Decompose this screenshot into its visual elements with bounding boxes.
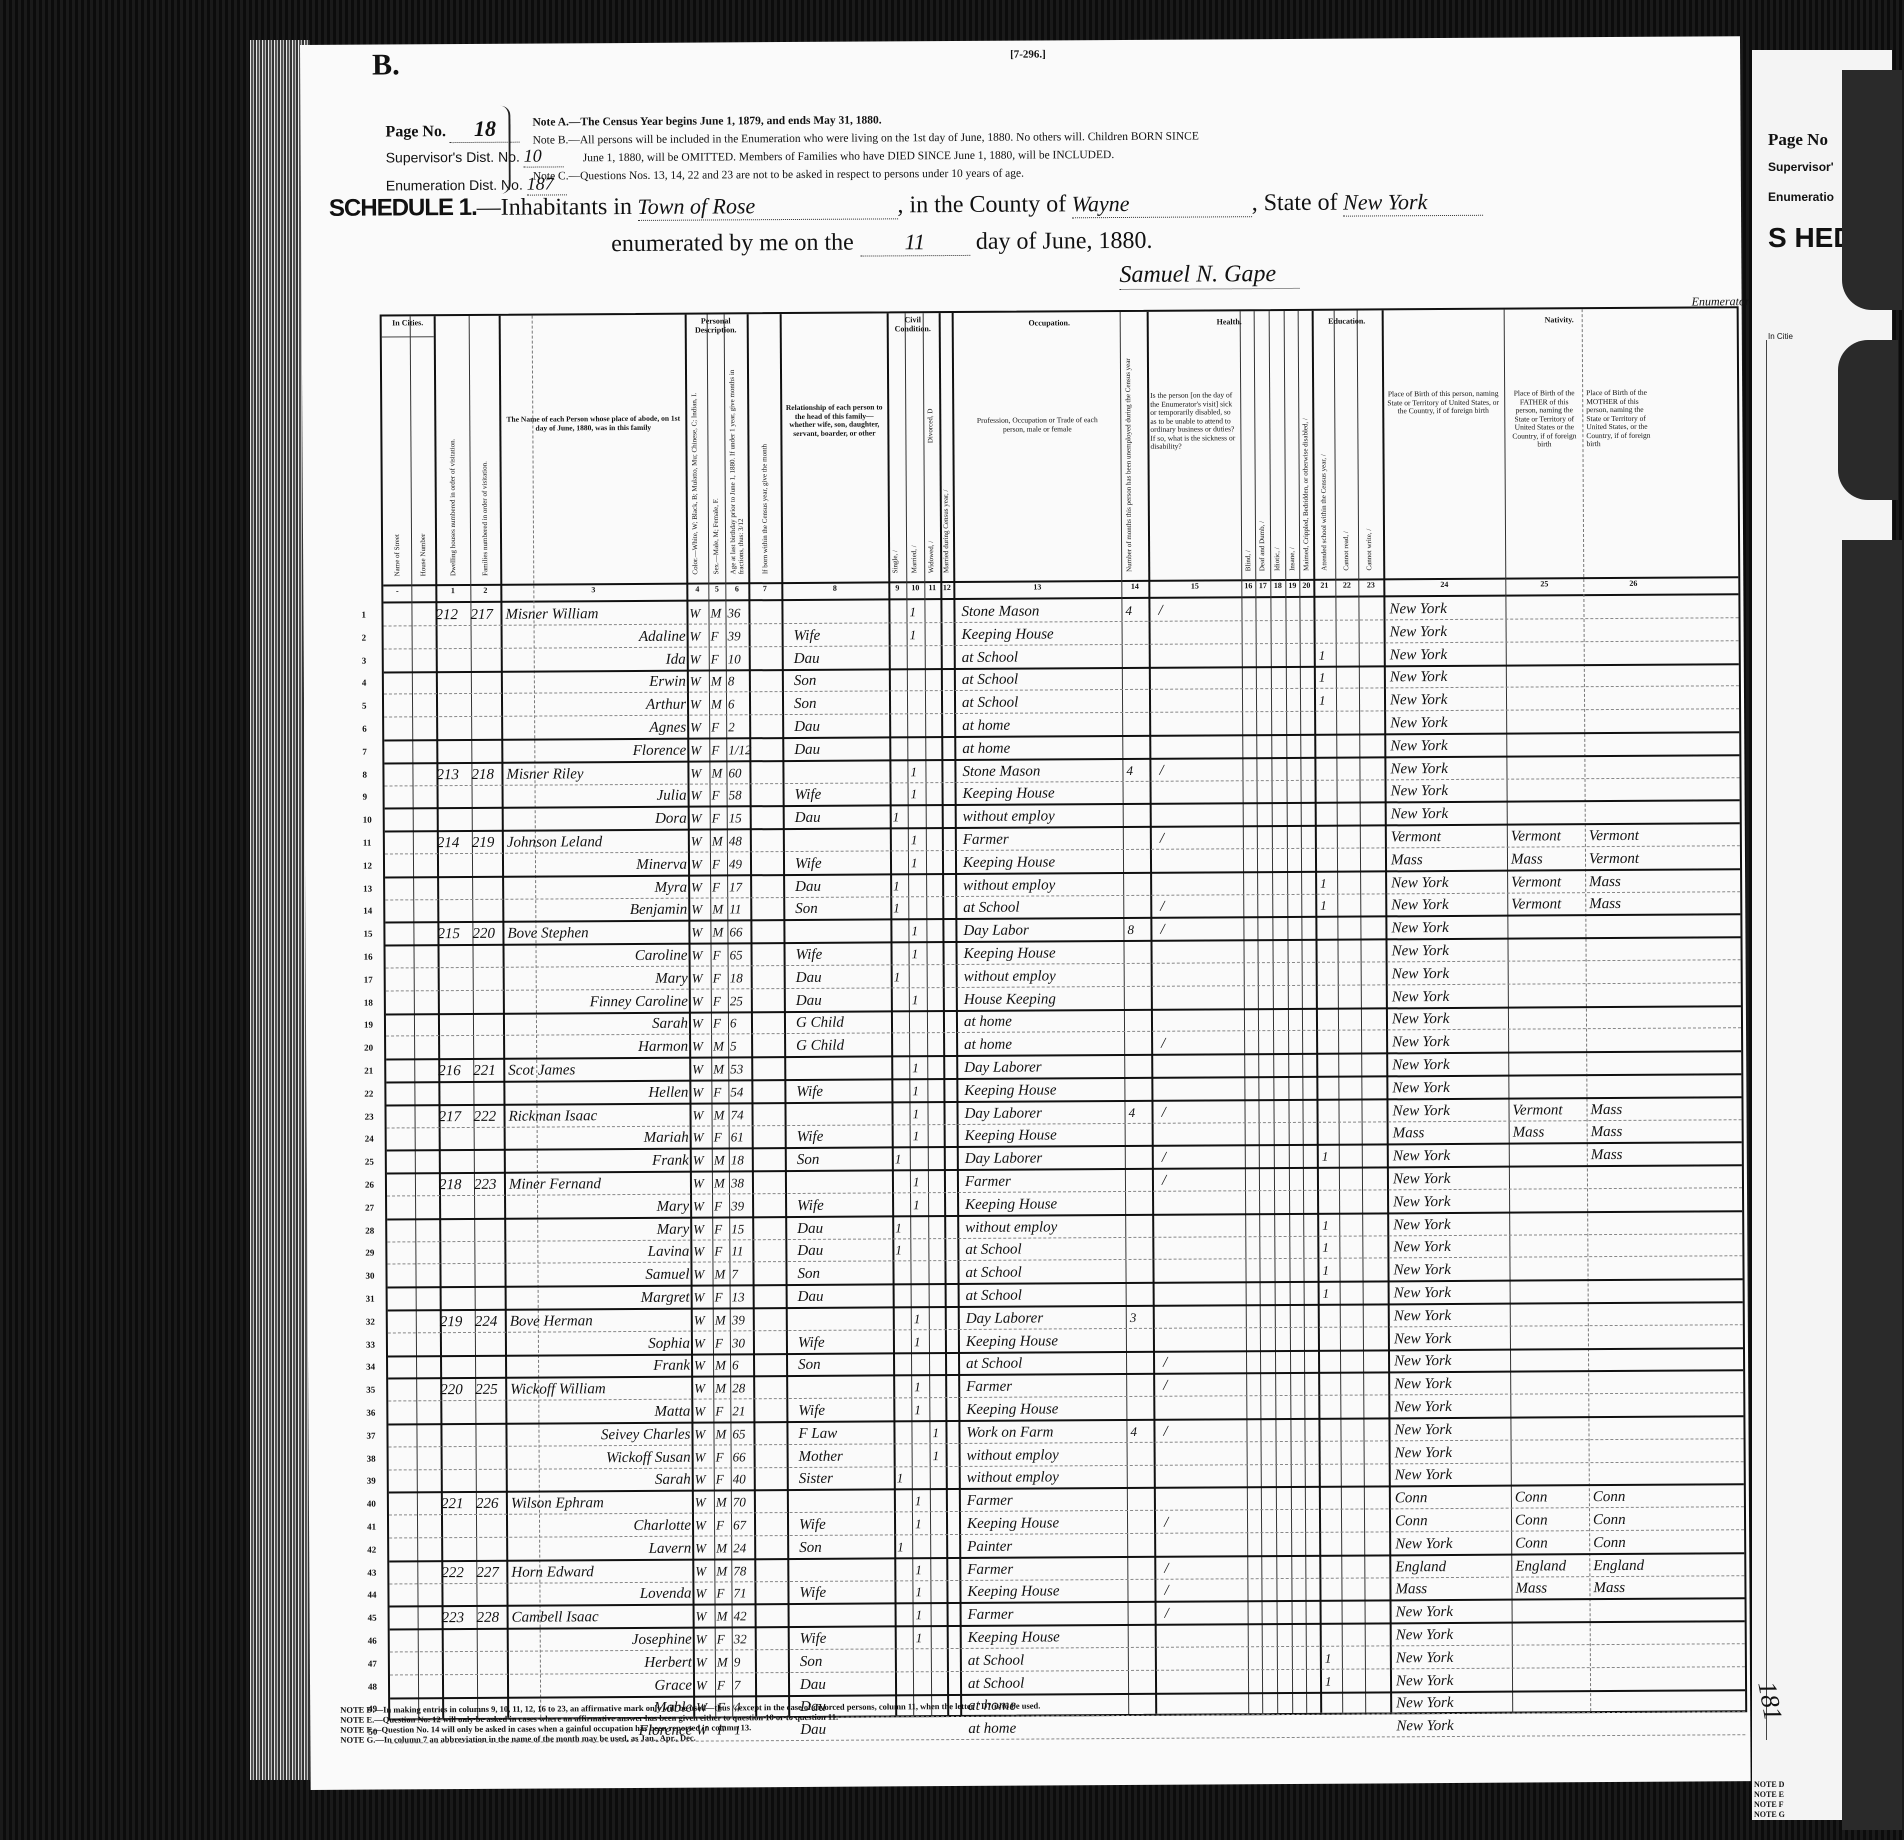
header-name: The Name of each Person whose place of a…	[504, 415, 682, 433]
row-number: 16	[364, 952, 373, 962]
age: 6	[728, 692, 750, 715]
sick-mark	[1165, 1624, 1225, 1647]
age: 15	[729, 806, 751, 829]
widowed-mark	[931, 1147, 945, 1170]
person-name: Wickoff Susan	[511, 1445, 691, 1469]
single-mark	[895, 1170, 909, 1193]
colnum: 15	[1148, 581, 1241, 591]
father-birthplace	[1513, 1235, 1587, 1258]
birthplace: New York	[1393, 1189, 1507, 1212]
occupation: Day Labor	[963, 918, 1121, 942]
school-mark	[1319, 712, 1335, 735]
married-mark: 1	[914, 1307, 928, 1330]
months-unemployed	[1131, 1488, 1151, 1511]
family-number: 219	[472, 831, 502, 854]
age: 40	[733, 1468, 755, 1491]
mother-birthplace	[1588, 687, 1678, 710]
father-birthplace	[1511, 779, 1585, 802]
mother-birthplace	[1592, 1325, 1682, 1348]
father-birthplace	[1514, 1280, 1588, 1303]
birthplace: New York	[1394, 1281, 1508, 1304]
months-unemployed	[1127, 804, 1147, 827]
relationship	[796, 1102, 888, 1125]
dwelling-number: 220	[440, 1378, 475, 1401]
single-mark	[896, 1284, 910, 1307]
person-name: Wilson Ephram	[511, 1491, 691, 1515]
row-number: 35	[366, 1385, 375, 1395]
person-name: Misner Riley	[506, 761, 686, 785]
mother-birthplace	[1591, 1211, 1681, 1234]
person-name: Bove Stephen	[507, 921, 687, 945]
dwelling-number	[442, 1652, 477, 1675]
row-number: 2	[362, 632, 367, 642]
occupation: Keeping House	[964, 1078, 1122, 1102]
color: W	[690, 716, 708, 739]
occupation: Keeping House	[965, 1192, 1123, 1216]
sex: M	[712, 898, 727, 921]
sick-mark: /	[1164, 1510, 1224, 1533]
sick-mark	[1160, 872, 1220, 895]
dwelling-number	[441, 1583, 476, 1606]
father-birthplace	[1510, 619, 1584, 642]
widowed-mark	[928, 668, 942, 691]
color: W	[694, 1286, 712, 1309]
family-number	[472, 876, 502, 899]
person-name: Agnes	[506, 716, 686, 740]
row-number: 41	[367, 1522, 376, 1532]
color: W	[692, 1080, 710, 1103]
group-health: Health.	[1147, 317, 1312, 327]
months-unemployed	[1128, 1078, 1148, 1101]
relationship: Dau	[795, 874, 887, 897]
relationship: F Law	[798, 1421, 890, 1444]
header-single: Single, /	[891, 550, 899, 573]
sex: M	[716, 1559, 731, 1582]
widowed-mark	[929, 919, 943, 942]
occupation: Day Laborer	[965, 1146, 1123, 1170]
father-birthplace	[1510, 756, 1584, 779]
row-number: 8	[362, 769, 367, 779]
widowed-mark	[932, 1284, 946, 1307]
birthplace: New York	[1390, 688, 1504, 711]
single-mark	[892, 623, 906, 646]
sex: M	[715, 1422, 730, 1445]
family-number	[477, 1674, 507, 1697]
family-number	[476, 1515, 506, 1538]
married-mark	[910, 691, 924, 714]
months-unemployed	[1129, 1260, 1149, 1283]
months-unemployed	[1130, 1328, 1150, 1351]
married-mark	[914, 1284, 928, 1307]
person-name: Hellen	[508, 1080, 688, 1104]
months-unemployed: 3	[1130, 1306, 1150, 1329]
widowed-mark	[930, 1010, 944, 1033]
single-mark	[894, 1079, 908, 1102]
birthplace: New York	[1394, 1395, 1508, 1418]
colnum: 18	[1270, 581, 1285, 590]
age: 42	[734, 1604, 756, 1627]
color: W	[695, 1514, 713, 1537]
sex: F	[716, 1513, 731, 1536]
birthplace: New York	[1396, 1623, 1510, 1646]
relationship: Dau	[800, 1672, 892, 1695]
dwelling-number: 216	[438, 1059, 473, 1082]
mother-birthplace	[1592, 1416, 1682, 1439]
widowed-mark	[931, 1124, 945, 1147]
birthplace: New York	[1391, 893, 1505, 916]
mother-birthplace: Vermont	[1589, 846, 1679, 869]
school-mark	[1324, 1578, 1340, 1601]
relationship	[799, 1558, 891, 1581]
months-unemployed	[1131, 1442, 1151, 1465]
family-number: 225	[475, 1378, 505, 1401]
birthplace: New York	[1393, 1235, 1507, 1258]
married-mark	[914, 1353, 928, 1376]
birthplace: New York	[1390, 711, 1504, 734]
father-birthplace	[1513, 1166, 1587, 1189]
widowed-mark	[929, 782, 943, 805]
sick-mark	[1159, 644, 1219, 667]
widowed-mark	[930, 965, 944, 988]
birthplace: New York	[1392, 1075, 1506, 1098]
school-mark	[1321, 985, 1337, 1008]
school-mark	[1321, 1076, 1337, 1099]
person-name: Grace	[512, 1673, 692, 1697]
dwelling-number	[437, 899, 472, 922]
header-dwelling: Dwelling houses numbered in order of vis…	[448, 439, 457, 576]
dwelling-number	[440, 1333, 475, 1356]
father-birthplace: England	[1515, 1554, 1589, 1577]
months-unemployed	[1127, 895, 1147, 918]
row-number: 27	[365, 1202, 374, 1212]
row-number: 44	[367, 1590, 376, 1600]
father-birthplace	[1512, 1075, 1586, 1098]
family-number: 221	[473, 1059, 503, 1082]
family-number: 228	[477, 1606, 507, 1629]
father-birthplace: Vermont	[1512, 1098, 1586, 1121]
person-name: Julia	[507, 784, 687, 808]
adjacent-page-no-label: Page No	[1768, 130, 1828, 150]
header-sex: Sex.—Male, M; Female, F.	[712, 498, 720, 574]
sex: F	[715, 1399, 730, 1422]
colnum: 2	[470, 586, 500, 595]
header-blind: Blind, /	[1244, 550, 1252, 571]
relationship: Son	[797, 1148, 889, 1171]
family-number	[475, 1287, 505, 1310]
sheet-letter: B.	[372, 48, 400, 82]
mother-birthplace	[1594, 1667, 1684, 1690]
dwelling-number	[438, 991, 473, 1014]
person-name: Frank	[510, 1354, 690, 1378]
age: 36	[727, 601, 749, 624]
adjacent-enumeration-label: Enumeratio	[1768, 190, 1834, 204]
married-mark	[910, 714, 924, 737]
single-mark	[898, 1626, 912, 1649]
adjacent-note: NOTE D	[1754, 1780, 1785, 1790]
relationship	[798, 1376, 890, 1399]
school-mark: 1	[1322, 1259, 1338, 1282]
color: W	[691, 921, 709, 944]
header-deaf: Deaf and Dumb, /	[1258, 521, 1266, 571]
relationship	[797, 1170, 889, 1193]
single-mark	[896, 1421, 910, 1444]
row-number: 25	[365, 1157, 374, 1167]
color: W	[695, 1491, 713, 1514]
relationship: Dau	[798, 1284, 890, 1307]
single-mark	[895, 1193, 909, 1216]
married-mark: 1	[912, 1056, 926, 1079]
sick-mark: /	[1161, 1032, 1221, 1055]
mother-birthplace	[1588, 710, 1678, 733]
relationship	[793, 600, 885, 623]
age: 67	[733, 1513, 755, 1536]
row-number: 19	[364, 1020, 373, 1030]
header-birthplace: Place of Birth of this person, naming St…	[1386, 390, 1500, 416]
color: W	[690, 761, 708, 784]
school-mark	[1324, 1510, 1340, 1533]
family-number	[472, 785, 502, 808]
sick-mark: /	[1164, 1556, 1224, 1579]
single-mark	[891, 600, 905, 623]
dwelling-number	[438, 968, 473, 991]
relationship: G Child	[796, 1034, 888, 1057]
dwelling-number	[442, 1675, 477, 1698]
row-number: 42	[367, 1544, 376, 1554]
relationship: Wife	[795, 942, 887, 965]
colnum: 23	[1358, 580, 1383, 589]
single-mark	[894, 1102, 908, 1125]
color: W	[692, 1058, 710, 1081]
header-married-year: Married during Census year, /	[942, 490, 951, 574]
occupation: House Keeping	[964, 987, 1122, 1011]
father-birthplace: Mass	[1513, 1121, 1587, 1144]
school-mark	[1323, 1373, 1339, 1396]
dwelling-number	[439, 1264, 474, 1287]
father-birthplace: Mass	[1511, 847, 1585, 870]
school-mark	[1323, 1327, 1339, 1350]
single-mark	[898, 1649, 912, 1672]
row-number: 10	[363, 815, 372, 825]
mother-birthplace	[1593, 1462, 1683, 1485]
married-mark	[910, 669, 924, 692]
married-mark: 1	[912, 988, 926, 1011]
mother-birthplace	[1588, 732, 1678, 755]
dwelling-number: 217	[438, 1105, 473, 1128]
dwelling-number: 214	[437, 831, 472, 854]
sex: F	[711, 738, 726, 761]
father-birthplace	[1516, 1713, 1590, 1736]
person-name: Cambell Isaac	[512, 1605, 692, 1629]
row-number: 6	[362, 724, 367, 734]
color: W	[694, 1377, 712, 1400]
county-value: Wayne	[1072, 190, 1252, 218]
row-number: 29	[365, 1248, 374, 1258]
schedule-label: SCHEDULE 1.	[329, 194, 477, 222]
father-birthplace	[1514, 1371, 1588, 1394]
months-unemployed	[1128, 1032, 1148, 1055]
dwelling-number	[438, 1082, 473, 1105]
father-birthplace	[1514, 1349, 1588, 1372]
school-mark: 1	[1322, 1213, 1338, 1236]
sex: M	[713, 1035, 728, 1058]
single-mark	[892, 691, 906, 714]
age: 66	[729, 920, 751, 943]
colnum: 26	[1583, 579, 1683, 589]
single-mark	[897, 1489, 911, 1512]
widowed-mark	[930, 1056, 944, 1079]
father-birthplace	[1515, 1440, 1589, 1463]
married-mark: 1	[911, 942, 925, 965]
occupation: Keeping House	[965, 1123, 1123, 1147]
single-mark	[896, 1307, 910, 1330]
sick-mark	[1164, 1465, 1224, 1488]
sick-mark	[1159, 621, 1219, 644]
married-mark	[916, 1649, 930, 1672]
months-unemployed	[1131, 1465, 1151, 1488]
months-unemployed	[1130, 1351, 1150, 1374]
relationship: Wife	[795, 851, 887, 874]
mother-birthplace: Mass	[1591, 1143, 1681, 1166]
father-birthplace: Conn	[1515, 1485, 1589, 1508]
sex: F	[714, 1217, 729, 1240]
sick-mark	[1164, 1533, 1224, 1556]
dwelling-number	[439, 1241, 474, 1264]
married-mark	[911, 805, 925, 828]
relationship: Wife	[797, 1193, 889, 1216]
dwelling-number: 222	[441, 1561, 476, 1584]
color: W	[696, 1673, 714, 1696]
family-number	[474, 1241, 504, 1264]
age: 49	[729, 852, 751, 875]
sick-mark	[1165, 1647, 1225, 1670]
row-number: 13	[363, 883, 372, 893]
color: W	[691, 852, 709, 875]
occupation: at home	[962, 713, 1120, 737]
married-mark: 1	[913, 1170, 927, 1193]
occupation: without employ	[964, 964, 1122, 988]
single-mark: 1	[895, 1239, 909, 1262]
months-unemployed	[1131, 1534, 1151, 1557]
family-number: 226	[476, 1492, 506, 1515]
months-unemployed	[1131, 1556, 1151, 1579]
age: 61	[731, 1126, 753, 1149]
dwelling-number	[438, 1036, 473, 1059]
age: 70	[733, 1490, 755, 1513]
occupation: Day Laborer	[966, 1306, 1124, 1330]
relationship: Dau	[794, 737, 886, 760]
months-unemployed	[1126, 736, 1146, 759]
mother-birthplace	[1590, 1074, 1680, 1097]
father-birthplace	[1510, 710, 1584, 733]
school-mark: 1	[1322, 1145, 1338, 1168]
dwelling-number	[439, 1219, 474, 1242]
birthplace: New York	[1391, 802, 1505, 825]
father-birthplace	[1511, 938, 1585, 961]
mother-birthplace	[1588, 641, 1678, 664]
person-name: Florence	[506, 738, 686, 762]
birthplace: New York	[1394, 1349, 1508, 1372]
months-unemployed	[1129, 1214, 1149, 1237]
sick-mark: /	[1159, 758, 1219, 781]
person-name: Myra	[507, 875, 687, 899]
sex: F	[713, 1012, 728, 1035]
color: W	[690, 738, 708, 761]
relationship: Son	[799, 1535, 891, 1558]
sex: M	[711, 761, 726, 784]
sex: F	[716, 1468, 731, 1491]
family-number	[471, 717, 501, 740]
sick-mark: /	[1162, 1146, 1222, 1169]
widowed-mark	[934, 1672, 948, 1695]
sick-mark	[1165, 1670, 1225, 1693]
mother-birthplace: Mass	[1591, 1120, 1681, 1143]
occupation: Keeping House	[966, 1329, 1124, 1353]
birthplace: Mass	[1395, 1577, 1509, 1600]
person-name: Margret	[510, 1286, 690, 1310]
school-mark	[1319, 734, 1335, 757]
family-number: 224	[475, 1310, 505, 1333]
colnum: 19	[1285, 581, 1299, 590]
married-mark: 1	[915, 1489, 929, 1512]
single-mark: 1	[897, 1467, 911, 1490]
age: 13	[732, 1285, 754, 1308]
dwelling-number	[437, 808, 472, 831]
widowed-mark	[932, 1307, 946, 1330]
widowed-mark	[930, 1102, 944, 1125]
header-month: If born within the Census year, give the…	[760, 444, 769, 574]
widowed-mark	[931, 1193, 945, 1216]
widowed-mark	[929, 874, 943, 897]
birthplace: New York	[1396, 1714, 1510, 1737]
person-name: Frank	[509, 1149, 689, 1173]
school-mark	[1321, 1031, 1337, 1054]
dwelling-number	[436, 740, 471, 763]
person-name: Misner William	[505, 602, 685, 626]
single-mark: 1	[893, 897, 907, 920]
school-mark	[1320, 780, 1336, 803]
birthplace: New York	[1392, 984, 1506, 1007]
row-number: 11	[363, 838, 372, 848]
age: 39	[732, 1308, 754, 1331]
colnum: 16	[1241, 581, 1255, 590]
relationship: Dau	[794, 714, 886, 737]
sex: F	[711, 624, 726, 647]
family-number	[475, 1355, 505, 1378]
married-mark	[915, 1535, 929, 1558]
adjacent-note: NOTE E	[1754, 1790, 1785, 1800]
adjacent-schedule-label: S HED	[1768, 222, 1854, 254]
row-number: 4	[362, 678, 367, 688]
person-name: Horn Edward	[511, 1559, 691, 1583]
widowed-mark	[928, 737, 942, 760]
school-mark	[1323, 1304, 1339, 1327]
dwelling-number: 212	[435, 603, 470, 626]
header-house: House Number	[419, 534, 427, 577]
widowed-mark	[934, 1649, 948, 1672]
sex: M	[714, 1171, 729, 1194]
father-birthplace: Vermont	[1511, 893, 1585, 916]
dwelling-number	[440, 1401, 475, 1424]
months-unemployed	[1128, 1055, 1148, 1078]
father-birthplace	[1513, 1257, 1587, 1280]
father-birthplace	[1515, 1463, 1589, 1486]
torn-edge	[1842, 540, 1902, 1830]
months-unemployed	[1128, 986, 1148, 1009]
family-number	[471, 694, 501, 717]
row-number: 40	[367, 1499, 376, 1509]
sex: M	[714, 1149, 729, 1172]
married-mark: 1	[914, 1375, 928, 1398]
